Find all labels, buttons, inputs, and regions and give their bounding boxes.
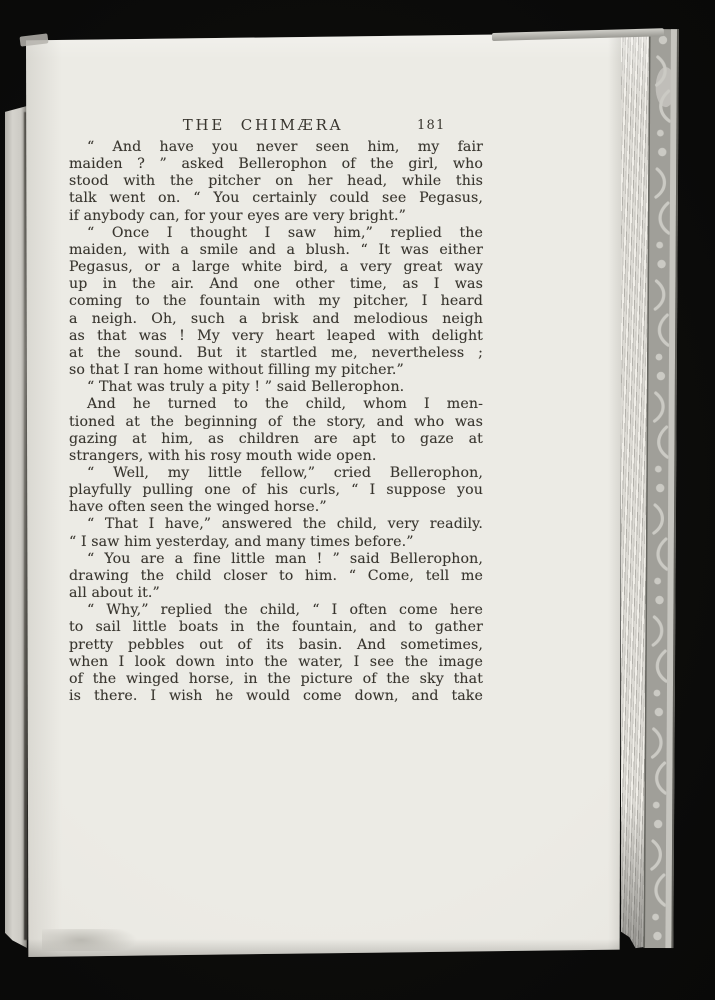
paragraph: “ And have you never seen him, my fairma… bbox=[69, 139, 483, 225]
text-line: a neigh. Oh, such a brisk and melodious … bbox=[69, 311, 483, 328]
text-line: “ Once I thought I saw him,” replied the bbox=[69, 225, 483, 242]
book-photo: THE CHIMÆRA 181 “ And have you never see… bbox=[0, 0, 715, 1000]
paragraph: “ That I have,” answered the child, very… bbox=[69, 516, 483, 550]
text-line: coming to the fountain with my pitcher, … bbox=[69, 293, 483, 310]
text-line: Pegasus, or a large white bird, a very g… bbox=[69, 259, 483, 276]
cover-pattern-graphic bbox=[643, 29, 679, 948]
text-line: drawing the child closer to him. “ Come,… bbox=[69, 568, 483, 585]
paragraph: “ Why,” replied the child, “ I often com… bbox=[69, 602, 483, 705]
text-line: “ You are a fine little man ! ” said Bel… bbox=[69, 551, 483, 568]
text-line: “ Why,” replied the child, “ I often com… bbox=[69, 602, 483, 619]
text-line: have often seen the winged horse.” bbox=[69, 499, 483, 516]
page-number: 181 bbox=[417, 118, 445, 133]
paragraph: “ Once I thought I saw him,” replied the… bbox=[69, 225, 483, 379]
running-title: THE CHIMÆRA bbox=[183, 116, 344, 134]
page-header: THE CHIMÆRA 181 bbox=[69, 116, 483, 138]
text-line: “ Well, my little fellow,” cried Bellero… bbox=[69, 465, 483, 482]
text-line: talk went on. “ You certainly could see … bbox=[69, 190, 483, 207]
text-line: gazing at him, as children are apt to ga… bbox=[69, 431, 483, 448]
text-line: up in the air. And one other time, as I … bbox=[69, 276, 483, 293]
text-line: tioned at the beginning of the story, an… bbox=[69, 414, 483, 431]
paragraph: “ You are a fine little man ! ” said Bel… bbox=[69, 551, 483, 602]
text-line: all about it.” bbox=[69, 585, 483, 602]
body-text: “ And have you never seen him, my fairma… bbox=[69, 139, 483, 705]
text-line: strangers, with his rosy mouth wide open… bbox=[69, 448, 483, 465]
text-line: if anybody can, for your eyes are very b… bbox=[69, 208, 483, 225]
text-line: “ That I have,” answered the child, very… bbox=[69, 516, 483, 533]
text-line: “ That was truly a pity ! ” said Bellero… bbox=[69, 379, 483, 396]
text-line: when I look down into the water, I see t… bbox=[69, 654, 483, 671]
text-line: is there. I wish he would come down, and… bbox=[69, 688, 483, 705]
text-line: as that was ! My very heart leaped with … bbox=[69, 328, 483, 345]
text-line: pretty pebbles out of its basin. And som… bbox=[69, 637, 483, 654]
text-line: to sail little boats in the fountain, an… bbox=[69, 619, 483, 636]
page-bottom-curl bbox=[42, 929, 172, 951]
paragraph: “ Well, my little fellow,” cried Bellero… bbox=[69, 465, 483, 516]
text-line: “ I saw him yesterday, and many times be… bbox=[69, 534, 483, 551]
text-line: maiden ? ” asked Bellerophon of the girl… bbox=[69, 156, 483, 173]
text-line: playfully pulling one of his curls, “ I … bbox=[69, 482, 483, 499]
text-line: stood with the pitcher on her head, whil… bbox=[69, 173, 483, 190]
decorated-cover-edge bbox=[643, 29, 679, 948]
paragraph: And he turned to the child, whom I men-t… bbox=[69, 396, 483, 465]
text-line: of the winged horse, in the picture of t… bbox=[69, 671, 483, 688]
text-line: “ And have you never seen him, my fair bbox=[69, 139, 483, 156]
text-line: maiden, with a smile and a blush. “ It w… bbox=[69, 242, 483, 259]
paragraph: “ That was truly a pity ! ” said Bellero… bbox=[69, 379, 483, 396]
text-line: And he turned to the child, whom I men- bbox=[69, 396, 483, 413]
text-line: so that I ran home without filling my pi… bbox=[69, 362, 483, 379]
text-line: at the sound. But it startled me, nevert… bbox=[69, 345, 483, 362]
